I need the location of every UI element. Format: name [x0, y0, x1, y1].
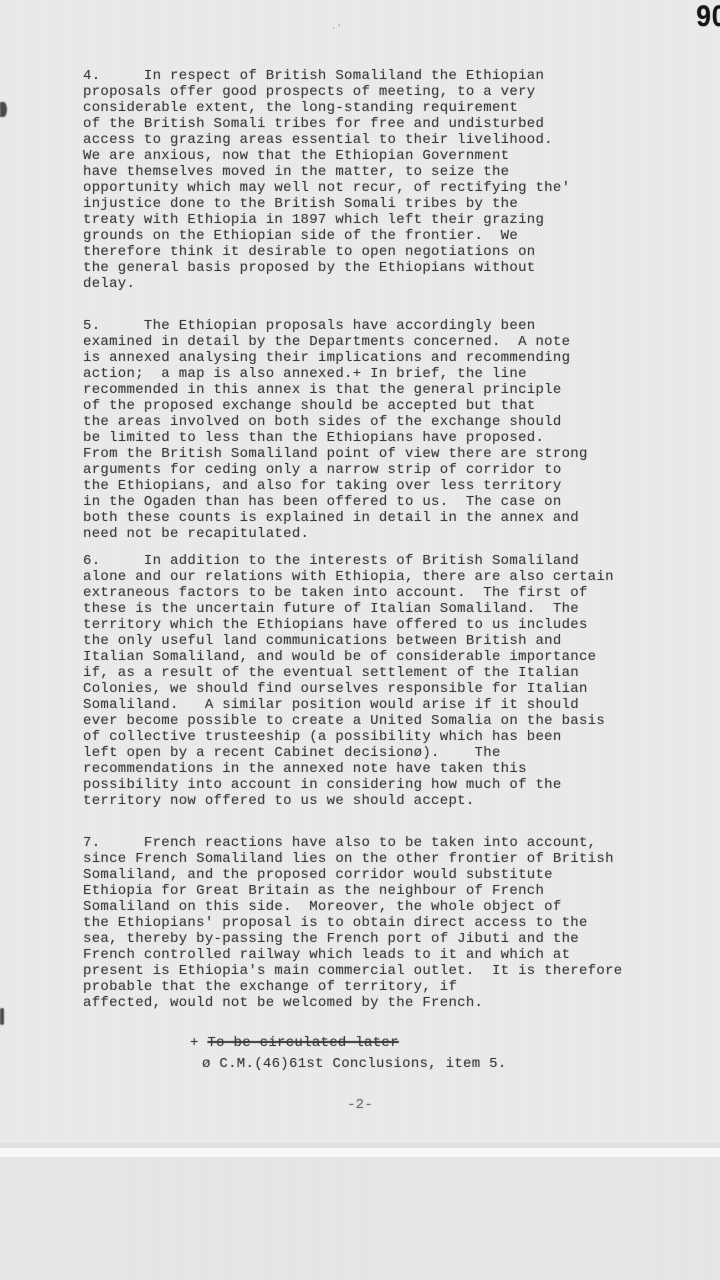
scan-speck: ·’ [331, 26, 341, 32]
scanned-document-page: 90 ·’ 4. In respect of British Somalilan… [0, 0, 720, 1280]
page-number: -2- [330, 1097, 390, 1113]
scan-artifact-left-bottom [0, 1008, 4, 1025]
next-sheet-background [0, 1157, 720, 1280]
footnote-struck-text: To be circulated later [207, 1035, 398, 1051]
footnote-marker-plus: + [190, 1035, 207, 1051]
paragraph-6: 6. In addition to the interests of Briti… [83, 553, 614, 809]
archive-page-stamp: 90 [696, 2, 720, 32]
scan-artifact-left-top [0, 102, 7, 117]
paragraph-4: 4. In respect of British Somaliland the … [83, 68, 570, 292]
paragraph-5: 5. The Ethiopian proposals have accordin… [83, 318, 588, 542]
footnote-circulated-later: + To be circulated later [190, 1035, 399, 1051]
page-bottom-edge [0, 1148, 720, 1157]
footnote-cabinet-conclusions: ø C.M.(46)61st Conclusions, item 5. [202, 1056, 507, 1072]
paragraph-7: 7. French reactions have also to be take… [83, 835, 622, 1011]
